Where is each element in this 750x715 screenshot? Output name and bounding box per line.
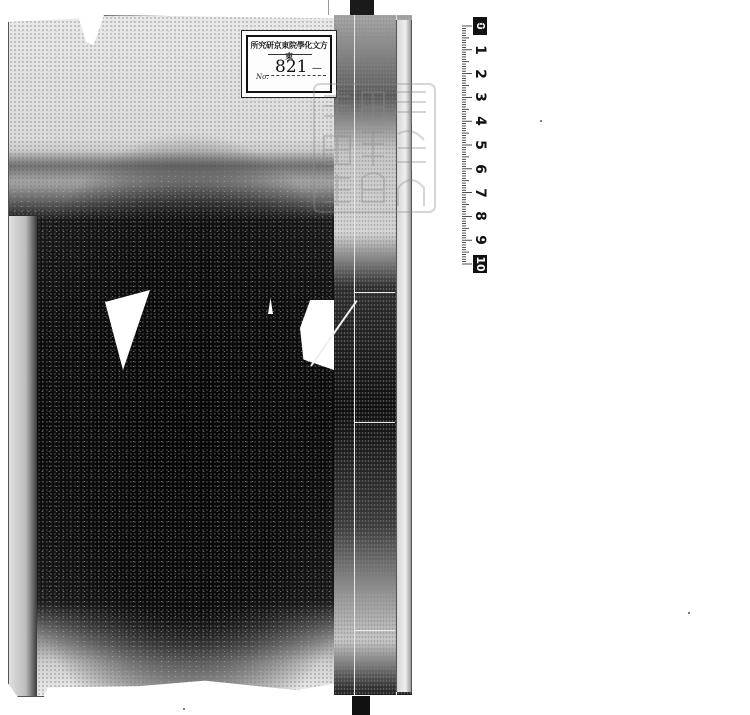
ruler-mark: 1 xyxy=(473,41,487,59)
spine-rule xyxy=(355,630,395,631)
binding-thread-bottom xyxy=(352,696,370,715)
library-seal-stamp-icon xyxy=(312,82,437,214)
catalog-suffix: — xyxy=(312,63,322,74)
ruler-mark: 3 xyxy=(473,88,487,106)
label-rule xyxy=(268,54,312,55)
ruler-ticks xyxy=(462,20,472,270)
ruler-mark: 4 xyxy=(473,112,487,130)
ruler-mark: 5 xyxy=(473,136,487,154)
dust-speck xyxy=(183,708,185,710)
label-underline xyxy=(266,75,326,76)
dust-speck xyxy=(540,120,542,122)
spine-rule xyxy=(355,422,395,423)
ruler-mark: 7 xyxy=(473,184,487,202)
paper-texture xyxy=(9,16,335,696)
measurement-ruler: 012345678910 cm xyxy=(462,20,490,270)
ruler-mark: 6 xyxy=(473,160,487,178)
ruler-mark: 8 xyxy=(473,207,487,225)
guide-line xyxy=(328,0,329,15)
spine-rule xyxy=(355,292,395,293)
stain-band xyxy=(9,151,335,181)
ruler-mark: 10 xyxy=(473,255,487,273)
book-cover xyxy=(8,15,336,697)
scanned-page: 所究研京東院學化文方東 821 — No. 012345678910 cm xyxy=(0,0,750,715)
ruler-mark: 9 xyxy=(473,231,487,249)
cover-edge-strip xyxy=(9,216,37,696)
ruler-mark: 2 xyxy=(473,65,487,83)
catalog-number: 821 xyxy=(275,57,307,77)
ruler-unit-label: cm xyxy=(477,22,485,33)
dust-speck xyxy=(688,612,690,614)
